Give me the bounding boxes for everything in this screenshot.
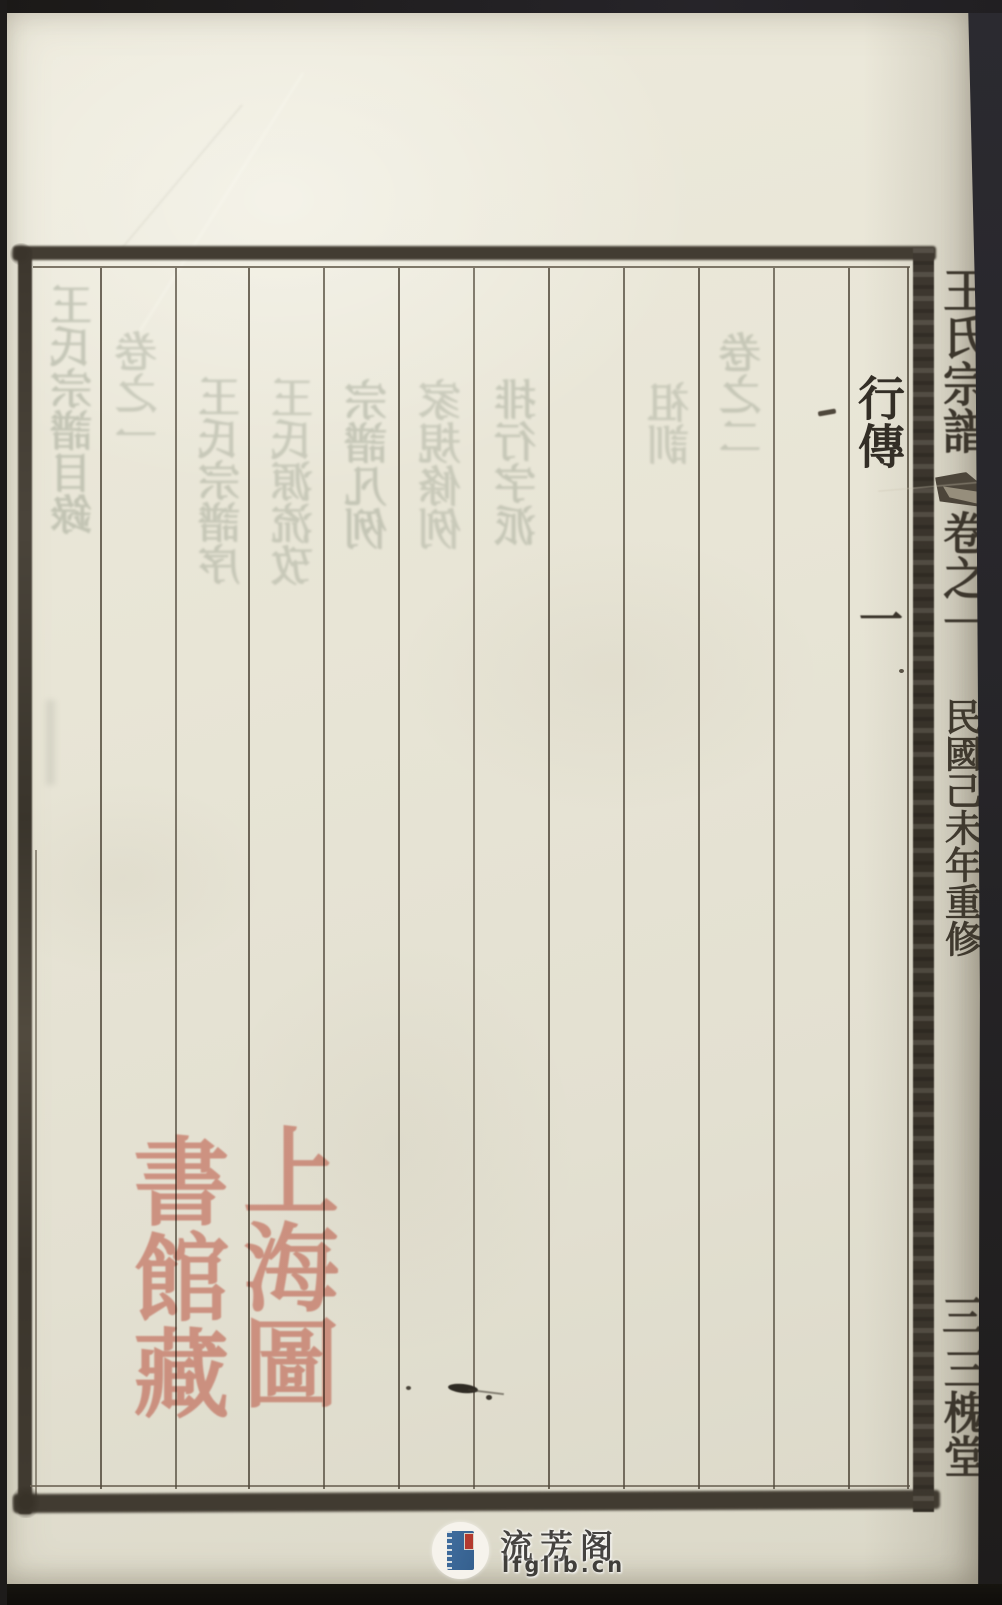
ghost-text-column: 祖訓	[650, 381, 695, 465]
watermark-site-url: lfglib.cn	[502, 1553, 625, 1577]
column-rule	[698, 268, 700, 1489]
column-rule	[548, 268, 550, 1489]
column-rule	[848, 268, 850, 1489]
ghost-text-column: 宗譜凡例	[347, 378, 393, 550]
page-number: 三	[938, 1294, 980, 1336]
ghost-text-column: 家規條例	[420, 378, 468, 550]
frame-inner-line-top	[33, 266, 910, 268]
column-rule	[398, 268, 400, 1489]
watermark-book-label	[464, 1533, 474, 1550]
frame-inner-line-left	[35, 850, 37, 1498]
ink-speck	[873, 202, 877, 205]
ink-speck	[406, 1386, 411, 1390]
frame-border-left	[18, 248, 32, 1514]
library-seal-left-column: 書館藏	[112, 1132, 234, 1420]
ghost-text-column: 王氏宗譜目錄	[52, 283, 98, 535]
frame-inner-line-bottom	[30, 1485, 910, 1487]
hall-name: 三槐堂	[937, 1346, 985, 1478]
ghost-text-column: 卷之一	[118, 330, 162, 456]
fishtail-mark	[935, 472, 982, 507]
scan-edge-left	[0, 0, 7, 1605]
ghost-text-column: 卷之二	[722, 331, 766, 457]
entry-marker: 一	[853, 584, 909, 648]
section-title: 行傳	[852, 374, 901, 470]
scan-edge-bottom	[0, 1584, 1002, 1605]
fold-black-band	[913, 248, 934, 1512]
frame-border-top	[13, 246, 936, 260]
ghost-text-column: 王氏宗譜序	[201, 375, 246, 585]
faint-smudge	[46, 700, 55, 785]
scanned-page: 王氏宗譜目錄 卷之一 王氏宗譜序 王氏源流攷 宗譜凡例 家規條例 排行字派 祖訓…	[0, 0, 1002, 1605]
frame-border-bottom	[13, 1490, 940, 1513]
ink-speck	[899, 669, 904, 673]
frame-corner-blob	[10, 243, 32, 265]
column-rule	[473, 268, 475, 1489]
ghost-text-column: 排行字派	[497, 378, 542, 546]
ink-speck	[486, 1395, 492, 1400]
frame-corner-blob	[12, 1486, 40, 1518]
ghost-text-column: 王氏源流攷	[274, 376, 319, 586]
column-rule	[773, 268, 775, 1489]
edition-note: 民國己未年重修	[937, 698, 980, 957]
column-rule	[100, 268, 102, 1489]
library-seal-right-column: 上海圖	[224, 1122, 342, 1410]
column-rule	[623, 268, 625, 1489]
frame-border-right	[907, 267, 909, 1489]
scan-edge-top	[0, 0, 1002, 13]
